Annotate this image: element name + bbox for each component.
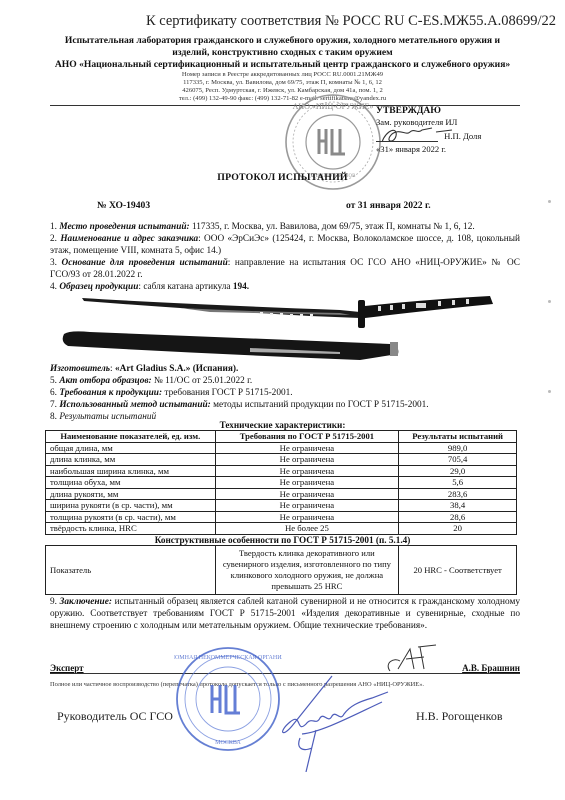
cell-indicator: ширина рукояти (в ср. части), мм xyxy=(46,500,216,512)
cell-result: 38,4 xyxy=(399,500,517,512)
cell-indicator: твёрдость клинка, HRC xyxy=(46,523,216,535)
address-moscow: 117335, г. Москва, ул. Вавилова, дом 69/… xyxy=(0,79,565,87)
svg-text:МОСКВА: МОСКВА xyxy=(215,740,241,746)
item-basis: 3. Основание для проведения испытаний: н… xyxy=(50,257,520,281)
construction-features-table: Показатель Твердость клинка декоративног… xyxy=(45,545,517,595)
lab-name-line-2: изделий, конструктивно сходных с таким о… xyxy=(0,47,565,59)
organization-name: АНО «Национальный сертификационный и исп… xyxy=(0,59,565,71)
table-row: ширина рукояти (в ср. части), ммНе огран… xyxy=(46,500,517,512)
cell-requirement: Не ограничена xyxy=(215,488,399,500)
cell-result: 20 HRC - Соответствует xyxy=(399,546,517,595)
expert-name: А.В. Брашнин xyxy=(462,663,520,673)
scan-speck xyxy=(548,390,551,393)
cell-result: 283,6 xyxy=(399,488,517,500)
col-header-indicator: Наименование показателей, ед. изм. xyxy=(46,431,216,443)
col-header-result: Результаты испытаний xyxy=(399,431,517,443)
cell-requirement: Не ограничена xyxy=(215,465,399,477)
table-row: Показатель Твердость клинка декоративног… xyxy=(46,546,517,595)
cell-indicator: длина рукояти, мм xyxy=(46,488,216,500)
cell-requirement: Не ограничена xyxy=(215,454,399,466)
table-row: твёрдость клинка, HRCНе более 2520 xyxy=(46,523,517,535)
conclusion: 9. Заключение: испытанный образец являет… xyxy=(50,596,520,632)
cell-requirement: Не ограничена xyxy=(215,477,399,489)
scan-speck xyxy=(548,300,551,303)
approval-title: УТВЕРЖДАЮ xyxy=(376,106,481,117)
item-test-location: 1. Место проведения испытаний: 117335, г… xyxy=(50,221,520,233)
scan-speck xyxy=(548,200,551,203)
cell-indicator: общая длина, мм xyxy=(46,442,216,454)
protocol-title: ПРОТОКОЛ ИСПЫТАНИЙ xyxy=(0,172,565,183)
cell-indicator: толщина обуха, мм xyxy=(46,477,216,489)
table-row: толщина обуха, ммНе ограничена5,6 xyxy=(46,477,517,489)
cell-indicator: толщина рукояти (в ср. части), мм xyxy=(46,511,216,523)
table-row: общая длина, ммНе ограничена989,0 xyxy=(46,442,517,454)
expert-label: Эксперт xyxy=(50,663,84,673)
protocol-date: от 31 января 2022 г. xyxy=(346,200,431,211)
table-row: толщина рукояти (в ср. части), ммНе огра… xyxy=(46,511,517,523)
svg-text:АНО «НИЦ-ОРУЖИЕ»: АНО «НИЦ-ОРУЖИЕ» xyxy=(293,102,374,111)
cell-result: 20 xyxy=(399,523,517,535)
protocol-number: № ХО-19403 xyxy=(97,200,150,211)
cell-indicator: Показатель xyxy=(46,546,216,595)
cell-indicator: длина клинка, мм xyxy=(46,454,216,466)
item-sampling-act: 5. Акт отбора образцов: № 11/ОС от 25.01… xyxy=(50,375,520,387)
table-row: длина клинка, ммНе ограничена705,4 xyxy=(46,454,517,466)
certificate-reference: К сертификату соответствия № РОСС RU C-E… xyxy=(0,13,556,30)
cell-result: 29,0 xyxy=(399,465,517,477)
head-name: Н.В. Рогощенков xyxy=(416,709,503,724)
cell-requirement: Твердость клинка декоративного или сувен… xyxy=(215,546,399,595)
cell-result: 28,6 xyxy=(399,511,517,523)
head-label: Руководитель ОС ГСО xyxy=(57,709,173,724)
approver-signature xyxy=(376,122,456,148)
product-photo-katana xyxy=(60,292,500,365)
item-customer: 2. Наименование и адрес заказчика: ООО «… xyxy=(50,233,520,257)
cell-result: 989,0 xyxy=(399,442,517,454)
construct-table-caption: Конструктивные особенности по ГОСТ Р 517… xyxy=(0,535,565,545)
cell-result: 5,6 xyxy=(399,477,517,489)
cell-result: 705,4 xyxy=(399,454,517,466)
cell-indicator: наибольшая ширина клинка, мм xyxy=(46,465,216,477)
item-method: 7. Использованный метод испытаний: метод… xyxy=(50,399,520,411)
cell-requirement: Не ограничена xyxy=(215,442,399,454)
item-requirements: 6. Требования к продукции: требования ГО… xyxy=(50,387,520,399)
tech-characteristics-table: Наименование показателей, ед. изм. Требо… xyxy=(45,430,517,535)
lab-name-line-1: Испытательная лаборатория гражданского и… xyxy=(0,35,565,47)
tech-table-caption: Технические характеристики: xyxy=(0,420,565,430)
registry-line: Номер записи в Реестре аккредитованных л… xyxy=(0,71,565,79)
item-manufacturer: Изготовитель: «Art Gladius S.A.» (Испани… xyxy=(50,363,520,375)
head-signature xyxy=(262,672,402,772)
table-row: длина рукояти, ммНе ограничена283,6 xyxy=(46,488,517,500)
cell-requirement: Не ограничена xyxy=(215,500,399,512)
cell-requirement: Не более 25 xyxy=(215,523,399,535)
svg-text:АВТОНОМНАЯ НЕКОММЕРЧЕСКАЯ ОРГА: АВТОНОМНАЯ НЕКОММЕРЧЕСКАЯ ОРГАНИЗАЦИЯ xyxy=(174,655,282,661)
table-row: наибольшая ширина клинка, ммНе ограничен… xyxy=(46,465,517,477)
col-header-requirement: Требования по ГОСТ Р 51715-2001 xyxy=(215,431,399,443)
cell-requirement: Не ограничена xyxy=(215,511,399,523)
